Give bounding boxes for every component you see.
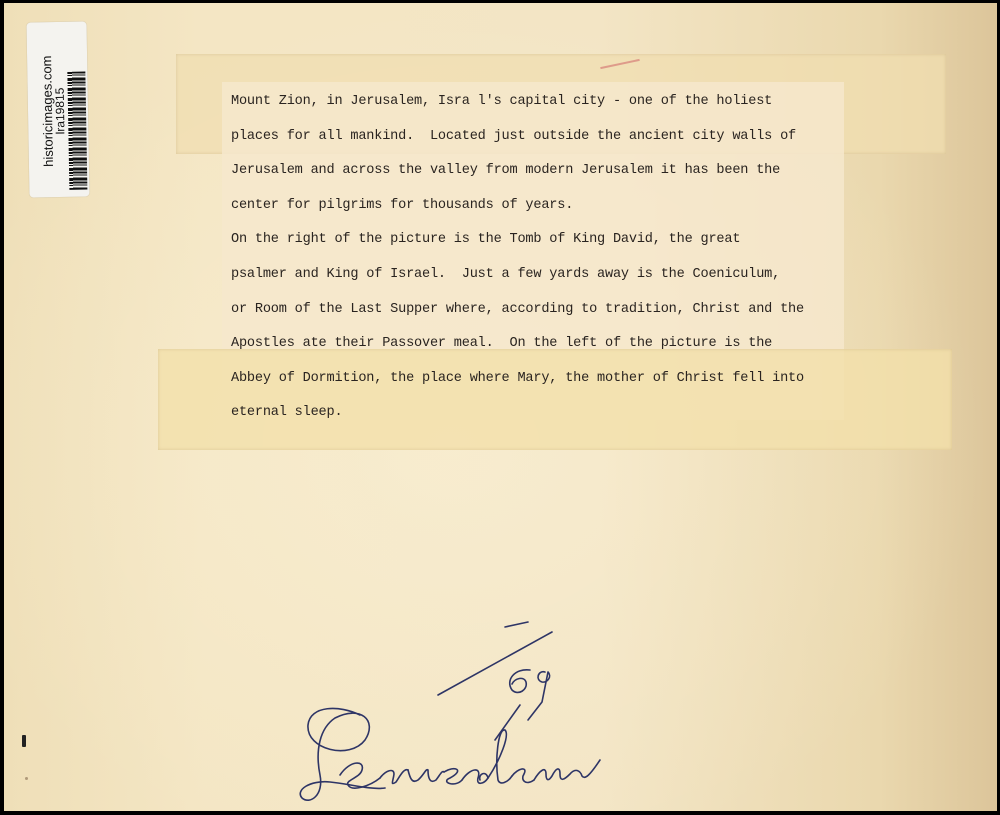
caption-line: Abbey of Dormition, the place where Mary… [231,369,841,404]
caption-line: or Room of the Last Supper where, accord… [231,300,841,335]
label-text: historicimages.com lra19815 [39,21,72,201]
caption-line: eternal sleep. [231,403,841,438]
caption-line: center for pilgrims for thousands of yea… [231,196,841,231]
caption-line: psalmer and King of Israel. Just a few y… [231,265,841,300]
label-id: lra19815 [52,21,68,201]
caption-line: On the right of the picture is the Tomb … [231,230,841,265]
caption-line: places for all mankind. Located just out… [231,127,841,162]
archive-label: historicimages.com lra19815 [26,21,89,197]
caption-line: Mount Zion, in Jerusalem, Isra l's capit… [231,92,841,127]
pin-hole [25,777,28,780]
staple-mark [22,735,26,747]
caption-line: Apostles ate their Passover meal. On the… [231,334,841,369]
handwritten-annotation: 1/69 [290,610,620,815]
caption-line: Jerusalem and across the valley from mod… [231,161,841,196]
typed-caption: Mount Zion, in Jerusalem, Isra l's capit… [231,92,841,438]
